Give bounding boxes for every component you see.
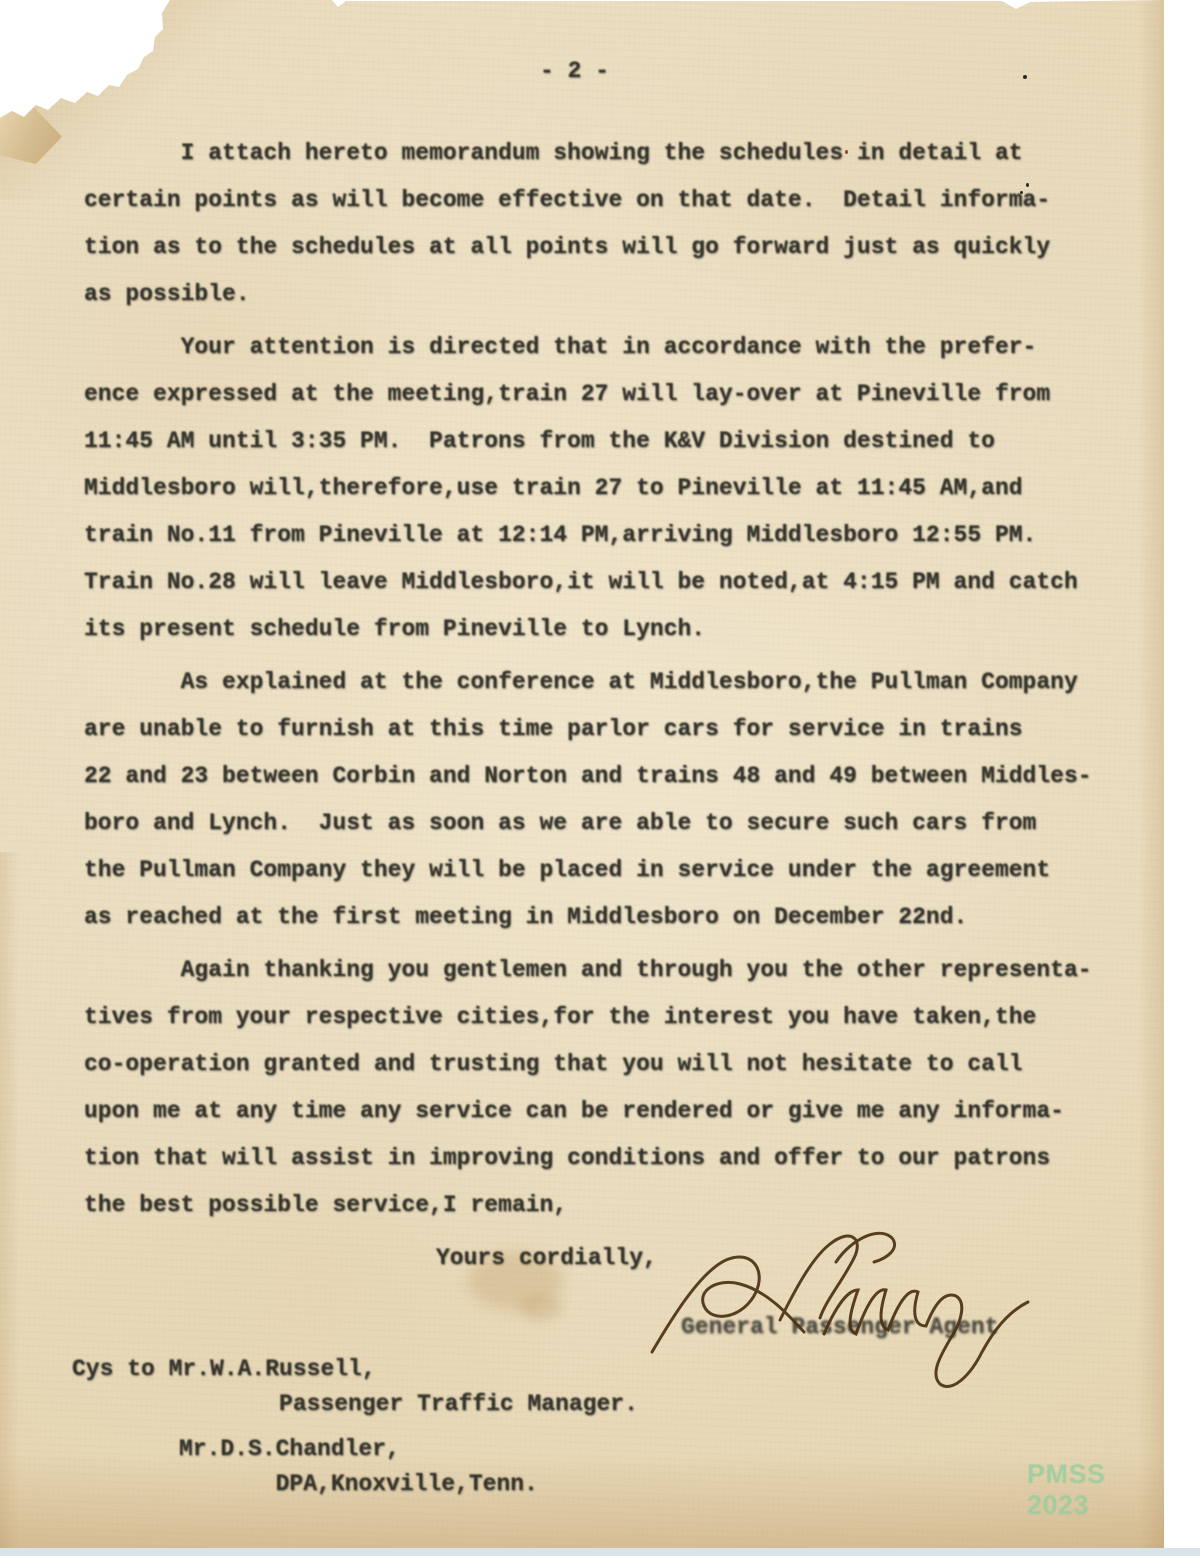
cc-recipient-chandler: Mr.D.S.Chandler, DPA,Knoxville,Tenn. <box>179 1432 538 1502</box>
page-number: - 2 - <box>540 56 609 86</box>
paragraph-schedules-attached: I attach hereto memorandum showing the s… <box>84 130 1146 318</box>
letter-page: - 2 - I attach hereto memorandum showing… <box>0 0 1164 1549</box>
paragraph-train-27-layover: Your attention is directed that in accor… <box>84 324 1146 653</box>
left-edge-shading <box>0 852 20 1549</box>
paper-stain-small <box>520 1295 562 1321</box>
watermark-pmss: PMSS 2023 <box>1027 1459 1164 1521</box>
signature-typed-title: General Passenger Agent <box>681 1312 998 1342</box>
cc-recipient-russell: Cys to Mr.W.A.Russell, Passenger Traffic… <box>72 1352 638 1422</box>
paragraph-pullman-parlor-cars: As explained at the conference at Middle… <box>84 659 1146 941</box>
letter-body: I attach hereto memorandum showing the s… <box>84 130 1146 1282</box>
scanner-edge-strip <box>0 1548 1200 1556</box>
closing-salutation: Yours cordially, <box>84 1235 1146 1282</box>
ink-speck <box>1023 75 1027 79</box>
bottom-edge-shading <box>0 1454 1164 1549</box>
paragraph-thanks: Again thanking you gentlemen and through… <box>84 947 1146 1229</box>
